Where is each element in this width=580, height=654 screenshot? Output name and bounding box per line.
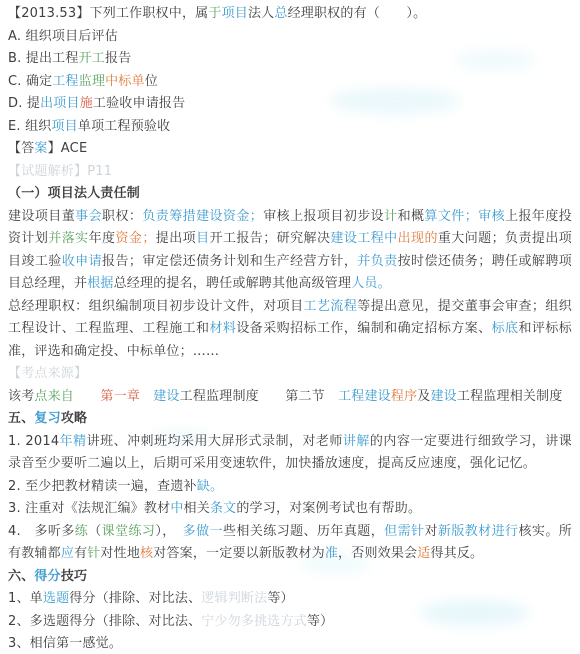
text-segment: 攻略 bbox=[61, 411, 87, 426]
text-segment: D. 提 bbox=[8, 96, 40, 111]
text-segment: 报告；审定偿还债务计划和生产经营方针， bbox=[102, 254, 357, 269]
text-segment: 对 bbox=[424, 524, 437, 539]
text-segment: E. 组织 bbox=[8, 119, 51, 134]
text-segment: 【2013.53】下列工作职权中，属 bbox=[8, 6, 208, 21]
section-heading-1: （一）项目法人责任制 bbox=[8, 183, 572, 206]
text-segment: ）， bbox=[155, 524, 182, 539]
option-c: C. 确定工程监理中标单位 bbox=[8, 71, 572, 94]
source-line: 该考点来自 第一章 建设工程监理制度 第二节 工程建设程序及建设工程监理相关制度 bbox=[8, 386, 572, 409]
section-heading-6: 六、得分技巧 bbox=[8, 566, 572, 589]
text-segment: 开工报告；研究解决 bbox=[210, 231, 331, 246]
text-segment: 第二节 bbox=[285, 389, 325, 404]
text-segment: 等） bbox=[307, 614, 333, 629]
text-segment: 些相关练习题、历年真题， bbox=[223, 524, 384, 539]
text-segment: 经理职权的有（ ）。 bbox=[288, 6, 427, 21]
text-segment: 复习 bbox=[34, 411, 60, 426]
text-segment: 对性地 bbox=[100, 546, 140, 561]
text-segment: 讲解 bbox=[343, 434, 370, 449]
text-segment: 工程 bbox=[52, 74, 78, 89]
text-segment: 的学习，对案例考试也有帮助。 bbox=[236, 501, 421, 516]
text-segment: 资金； bbox=[115, 231, 155, 246]
text-segment: 及 bbox=[417, 389, 430, 404]
text-segment: 建设 bbox=[430, 389, 456, 404]
text-segment: 法人 bbox=[248, 6, 274, 21]
text-segment: 审核上报项目初步设 bbox=[263, 209, 384, 224]
text-segment bbox=[325, 389, 338, 404]
section-heading-5: 五、复习攻略 bbox=[8, 408, 572, 431]
text-segment: 事会 bbox=[75, 209, 102, 224]
text-segment: 工程建设 bbox=[338, 389, 391, 404]
text-segment: 工程监理制度 bbox=[180, 389, 259, 404]
text-segment: 审核 bbox=[478, 209, 505, 224]
text-segment: 课堂练习 bbox=[102, 524, 156, 539]
board-powers-paragraph: 建设项目董事会职权：负责筹措建设资金；审核上报项目初步设计和概算文件；审核上报年… bbox=[8, 206, 572, 296]
text-segment: 人员。 bbox=[351, 276, 391, 291]
question-line: 【2013.53】下列工作职权中，属于项目法人总经理职权的有（ ）。 bbox=[8, 3, 572, 26]
text-segment: 得分 bbox=[34, 569, 60, 584]
text-segment: 第一章 bbox=[100, 389, 140, 404]
text-segment: 目 bbox=[196, 231, 209, 246]
text-segment: 逻辑判断法 bbox=[201, 591, 267, 606]
review-tip-1: 1. 2014年精讲班、冲刺班均采用大屏形式录制，对老师讲解的内容一定要进行细致… bbox=[8, 431, 572, 476]
option-d: D. 提出项目施工验收申请报告 bbox=[8, 93, 572, 116]
text-segment: 提出项 bbox=[156, 231, 197, 246]
text-segment: 答案，一定要以新版教材为 bbox=[166, 546, 324, 561]
text-segment: 多做一 bbox=[183, 524, 223, 539]
text-segment: 计 bbox=[384, 209, 397, 224]
text-segment: （一）项目法人责任制 bbox=[8, 186, 140, 201]
text-segment: 五、 bbox=[8, 411, 34, 426]
text-segment: 选题 bbox=[43, 591, 69, 606]
text-segment: 的内容 bbox=[370, 434, 410, 449]
text-segment: 年度 bbox=[89, 231, 116, 246]
text-segment: 设备采购招标工作，编制和确定招标方案、 bbox=[236, 321, 491, 336]
text-segment: 该考 bbox=[8, 389, 34, 404]
text-segment: 负责筹措建设资金； bbox=[142, 209, 263, 224]
text-segment: 【答 bbox=[8, 141, 34, 156]
text-segment: 但需针 bbox=[384, 524, 424, 539]
text-segment: 宁少勿多挑选方式 bbox=[201, 614, 307, 629]
text-segment: 案 bbox=[34, 141, 47, 156]
text-segment: 监理 bbox=[79, 74, 105, 89]
text-segment: 施 bbox=[80, 96, 93, 111]
text-segment: 新版教材进行 bbox=[438, 524, 519, 539]
review-tip-2: 2. 至少把教材精读一遍，查遗补缺。 bbox=[8, 476, 572, 499]
text-segment: 报告 bbox=[105, 51, 131, 66]
text-segment: 条文 bbox=[210, 501, 236, 516]
text-segment: 中 bbox=[170, 501, 183, 516]
text-segment: 】ACE bbox=[48, 141, 88, 156]
review-tip-3: 3. 注重对《法规汇编》教材中相关条文的学习，对案例考试也有帮助。 bbox=[8, 498, 572, 521]
text-segment: 于 bbox=[208, 6, 221, 21]
text-segment: 准 bbox=[325, 546, 338, 561]
text-segment: 适 bbox=[417, 546, 430, 561]
text-segment: C. 确定 bbox=[8, 74, 52, 89]
text-segment: 3、相信第一感觉。 bbox=[8, 636, 122, 651]
text-segment: 相关 bbox=[184, 501, 210, 516]
text-segment: 针 bbox=[87, 546, 100, 561]
text-segment: 等） bbox=[267, 591, 293, 606]
text-segment: 工程监理相关制度 bbox=[457, 389, 563, 404]
text-segment: 应 bbox=[61, 546, 74, 561]
score-tip-3: 3、相信第一感觉。 bbox=[8, 633, 572, 654]
text-segment: 出项目 bbox=[40, 96, 80, 111]
text-segment: 对 bbox=[153, 546, 166, 561]
text-segment: （ bbox=[88, 524, 101, 539]
text-segment: 出现的 bbox=[398, 231, 438, 246]
text-segment: 技巧 bbox=[61, 569, 87, 584]
text-segment: 总经理职权：组织编制项目初步设计文件，对项目 bbox=[8, 299, 304, 314]
text-segment: 1、单 bbox=[8, 591, 43, 606]
text-segment: B. 提出工程 bbox=[8, 51, 79, 66]
text-segment: 得分（排除、对比法、 bbox=[69, 591, 201, 606]
option-e: E. 组织项目单项工程预验收 bbox=[8, 116, 572, 139]
score-tip-1: 1、单选题得分（排除、对比法、逻辑判断法等） bbox=[8, 588, 572, 611]
text-segment: 建设 bbox=[153, 389, 179, 404]
text-segment: 根据 bbox=[87, 276, 113, 291]
text-segment bbox=[74, 389, 100, 404]
text-segment: 缺。 bbox=[197, 479, 223, 494]
text-segment: 建设工程中 bbox=[330, 231, 397, 246]
text-segment: 单项工程预验收 bbox=[78, 119, 170, 134]
text-segment: 收申请 bbox=[62, 254, 102, 269]
text-segment: A. 组织项目后评估 bbox=[8, 29, 118, 44]
review-tip-4: 4. 多听多练（课堂练习）， 多做一些相关练习题、历年真题，但需针对新版教材进行… bbox=[8, 521, 572, 566]
text-segment bbox=[140, 389, 153, 404]
option-b: B. 提出工程开工报告 bbox=[8, 48, 572, 71]
text-segment: 3. 注重对《法规汇编》教材 bbox=[8, 501, 170, 516]
text-segment: 得其反。 bbox=[430, 546, 483, 561]
text-segment: 程序 bbox=[391, 389, 417, 404]
text-segment: 材料 bbox=[210, 321, 237, 336]
text-segment: 讲班、冲刺班均采用大屏形式录制，对老师 bbox=[87, 434, 343, 449]
text-segment: 【考点来源】 bbox=[8, 366, 87, 381]
text-segment: 和概 bbox=[398, 209, 425, 224]
text-segment: 职权： bbox=[102, 209, 142, 224]
text-segment: 2、多选题得分（排除、对比法、 bbox=[8, 614, 201, 629]
text-segment: 练 bbox=[75, 524, 88, 539]
text-segment: 有 bbox=[74, 546, 87, 561]
text-segment: 项目 bbox=[51, 119, 77, 134]
text-segment bbox=[259, 389, 285, 404]
source-ref-faint-line: 【考点来源】 bbox=[8, 363, 572, 386]
text-segment: 年精 bbox=[59, 434, 86, 449]
text-segment: 六、 bbox=[8, 569, 34, 584]
text-segment: 标底 bbox=[492, 321, 519, 336]
text-segment: 开工 bbox=[79, 51, 105, 66]
text-segment: 中标单 bbox=[105, 74, 145, 89]
text-segment: 工艺流程 bbox=[304, 299, 358, 314]
text-segment: 1. 2014 bbox=[8, 434, 59, 449]
option-a: A. 组织项目后评估 bbox=[8, 26, 572, 49]
text-segment: 算文件； bbox=[424, 209, 478, 224]
text-segment: 4. 多听多 bbox=[8, 524, 75, 539]
text-segment: 【试题解析】P11 bbox=[8, 164, 112, 179]
text-segment: 核 bbox=[140, 546, 153, 561]
text-segment: 并负责 bbox=[357, 254, 397, 269]
gm-powers-paragraph: 总经理职权：组织编制项目初步设计文件，对项目工艺流程等提出意见，提交董事会审查；… bbox=[8, 296, 572, 364]
document-page: 【2013.53】下列工作职权中，属于项目法人总经理职权的有（ ）。A. 组织项… bbox=[0, 0, 580, 654]
text-segment: ，否则效果会 bbox=[338, 546, 417, 561]
text-segment: 并落实 bbox=[48, 231, 88, 246]
text-segment: 工验收申请报告 bbox=[93, 96, 185, 111]
text-segment: 总经理的提名，聘任或解聘其他高级管理 bbox=[114, 276, 352, 291]
analysis-ref-line: 【试题解析】P11 bbox=[8, 161, 572, 184]
text-segment: 总 bbox=[274, 6, 287, 21]
text-segment: 建设项目董 bbox=[8, 209, 75, 224]
answer-line: 【答案】ACE bbox=[8, 138, 572, 161]
text-segment: 点来自 bbox=[34, 389, 74, 404]
text-segment: 位 bbox=[145, 74, 158, 89]
text-segment: 项目 bbox=[222, 6, 248, 21]
text-segment: 2. 至少把教材精读一遍，查遗补 bbox=[8, 479, 197, 494]
score-tip-2: 2、多选题得分（排除、对比法、宁少勿多挑选方式等） bbox=[8, 611, 572, 634]
